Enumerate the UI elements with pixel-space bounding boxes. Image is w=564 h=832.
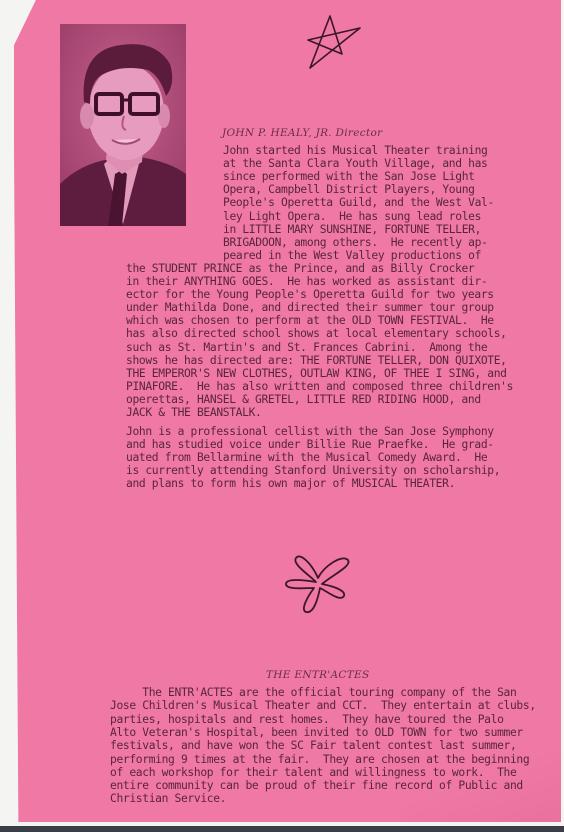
- text-line: in their ANYTHING GOES. He has worked as…: [126, 275, 487, 288]
- text-line: parties, hospitals and rest homes. They …: [110, 713, 504, 726]
- flower-icon: [278, 552, 358, 618]
- text-line: shows he has directed are: THE FORTUNE T…: [126, 354, 507, 367]
- text-line: and plans to form his own major of MUSIC…: [126, 477, 455, 490]
- text-line: since performed with the San Jose Light: [223, 170, 475, 183]
- entractes-heading: THE ENTR'ACTES: [266, 669, 370, 681]
- text-line: peared in the West Valley productions of: [223, 249, 481, 262]
- text-line: THE EMPEROR'S NEW CLOTHES, OUTLAW KING, …: [126, 367, 507, 380]
- text-line: ector for the Young People's Operetta Gu…: [126, 288, 494, 301]
- text-line: entire community can be proud of their f…: [110, 779, 523, 792]
- text-line: The ENTR'ACTES are the official touring …: [110, 686, 516, 699]
- text-line: has also directed school shows at local …: [126, 327, 507, 340]
- text-line: Opera, Campbell District Players, Young: [223, 183, 475, 196]
- text-line: John is a professional cellist with the …: [126, 425, 494, 438]
- text-line: JACK & THE BEANSTALK.: [126, 406, 261, 419]
- text-line: in LITTLE MARY SUNSHINE, FORTUNE TELLER,: [223, 223, 481, 236]
- text-line: Jose Children's Musical Theater and CCT.…: [110, 699, 536, 712]
- director-portrait-photo: [60, 24, 186, 226]
- text-line: is currently attending Stanford Universi…: [126, 464, 500, 477]
- star-icon: [300, 14, 364, 70]
- text-line: performing 9 times at the fair. They are…: [110, 753, 529, 766]
- text-line: operettas, HANSEL & GRETEL, LITTLE RED R…: [126, 393, 481, 406]
- text-line: of each workshop for their talent and wi…: [110, 766, 516, 779]
- director-heading: JOHN P. HEALY, JR. Director: [222, 127, 382, 139]
- text-line: BRIGADOON, among others. He recently ap-: [223, 236, 488, 249]
- text-line: the STUDENT PRINCE as the Prince, and as…: [126, 262, 474, 275]
- portrait-icon: [60, 24, 186, 226]
- text-line: ley Light Opera. He has sung lead roles: [223, 210, 481, 223]
- text-line: at the Santa Clara Youth Village, and ha…: [223, 157, 488, 170]
- text-line: People's Operetta Guild, and the West Va…: [223, 196, 494, 209]
- text-line: and has studied voice under Billie Rue P…: [126, 438, 494, 451]
- text-line: such as St. Martin's and St. Frances Cab…: [126, 341, 487, 354]
- text-line: Alto Veteran's Hospital, been invited to…: [110, 726, 523, 739]
- text-line: John started his Musical Theater trainin…: [223, 144, 488, 157]
- text-line: which was chosen to perform at the OLD T…: [126, 314, 494, 327]
- scanner-edge: [0, 826, 564, 832]
- text-line: uated from Bellarmine with the Musical C…: [126, 451, 487, 464]
- text-line: festivals, and have won the SC Fair tale…: [110, 739, 516, 752]
- text-line: Christian Service.: [110, 792, 226, 805]
- text-line: PINAFORE. He has also written and compos…: [126, 380, 513, 393]
- text-line: under Mathilda Done, and directed their …: [126, 301, 494, 314]
